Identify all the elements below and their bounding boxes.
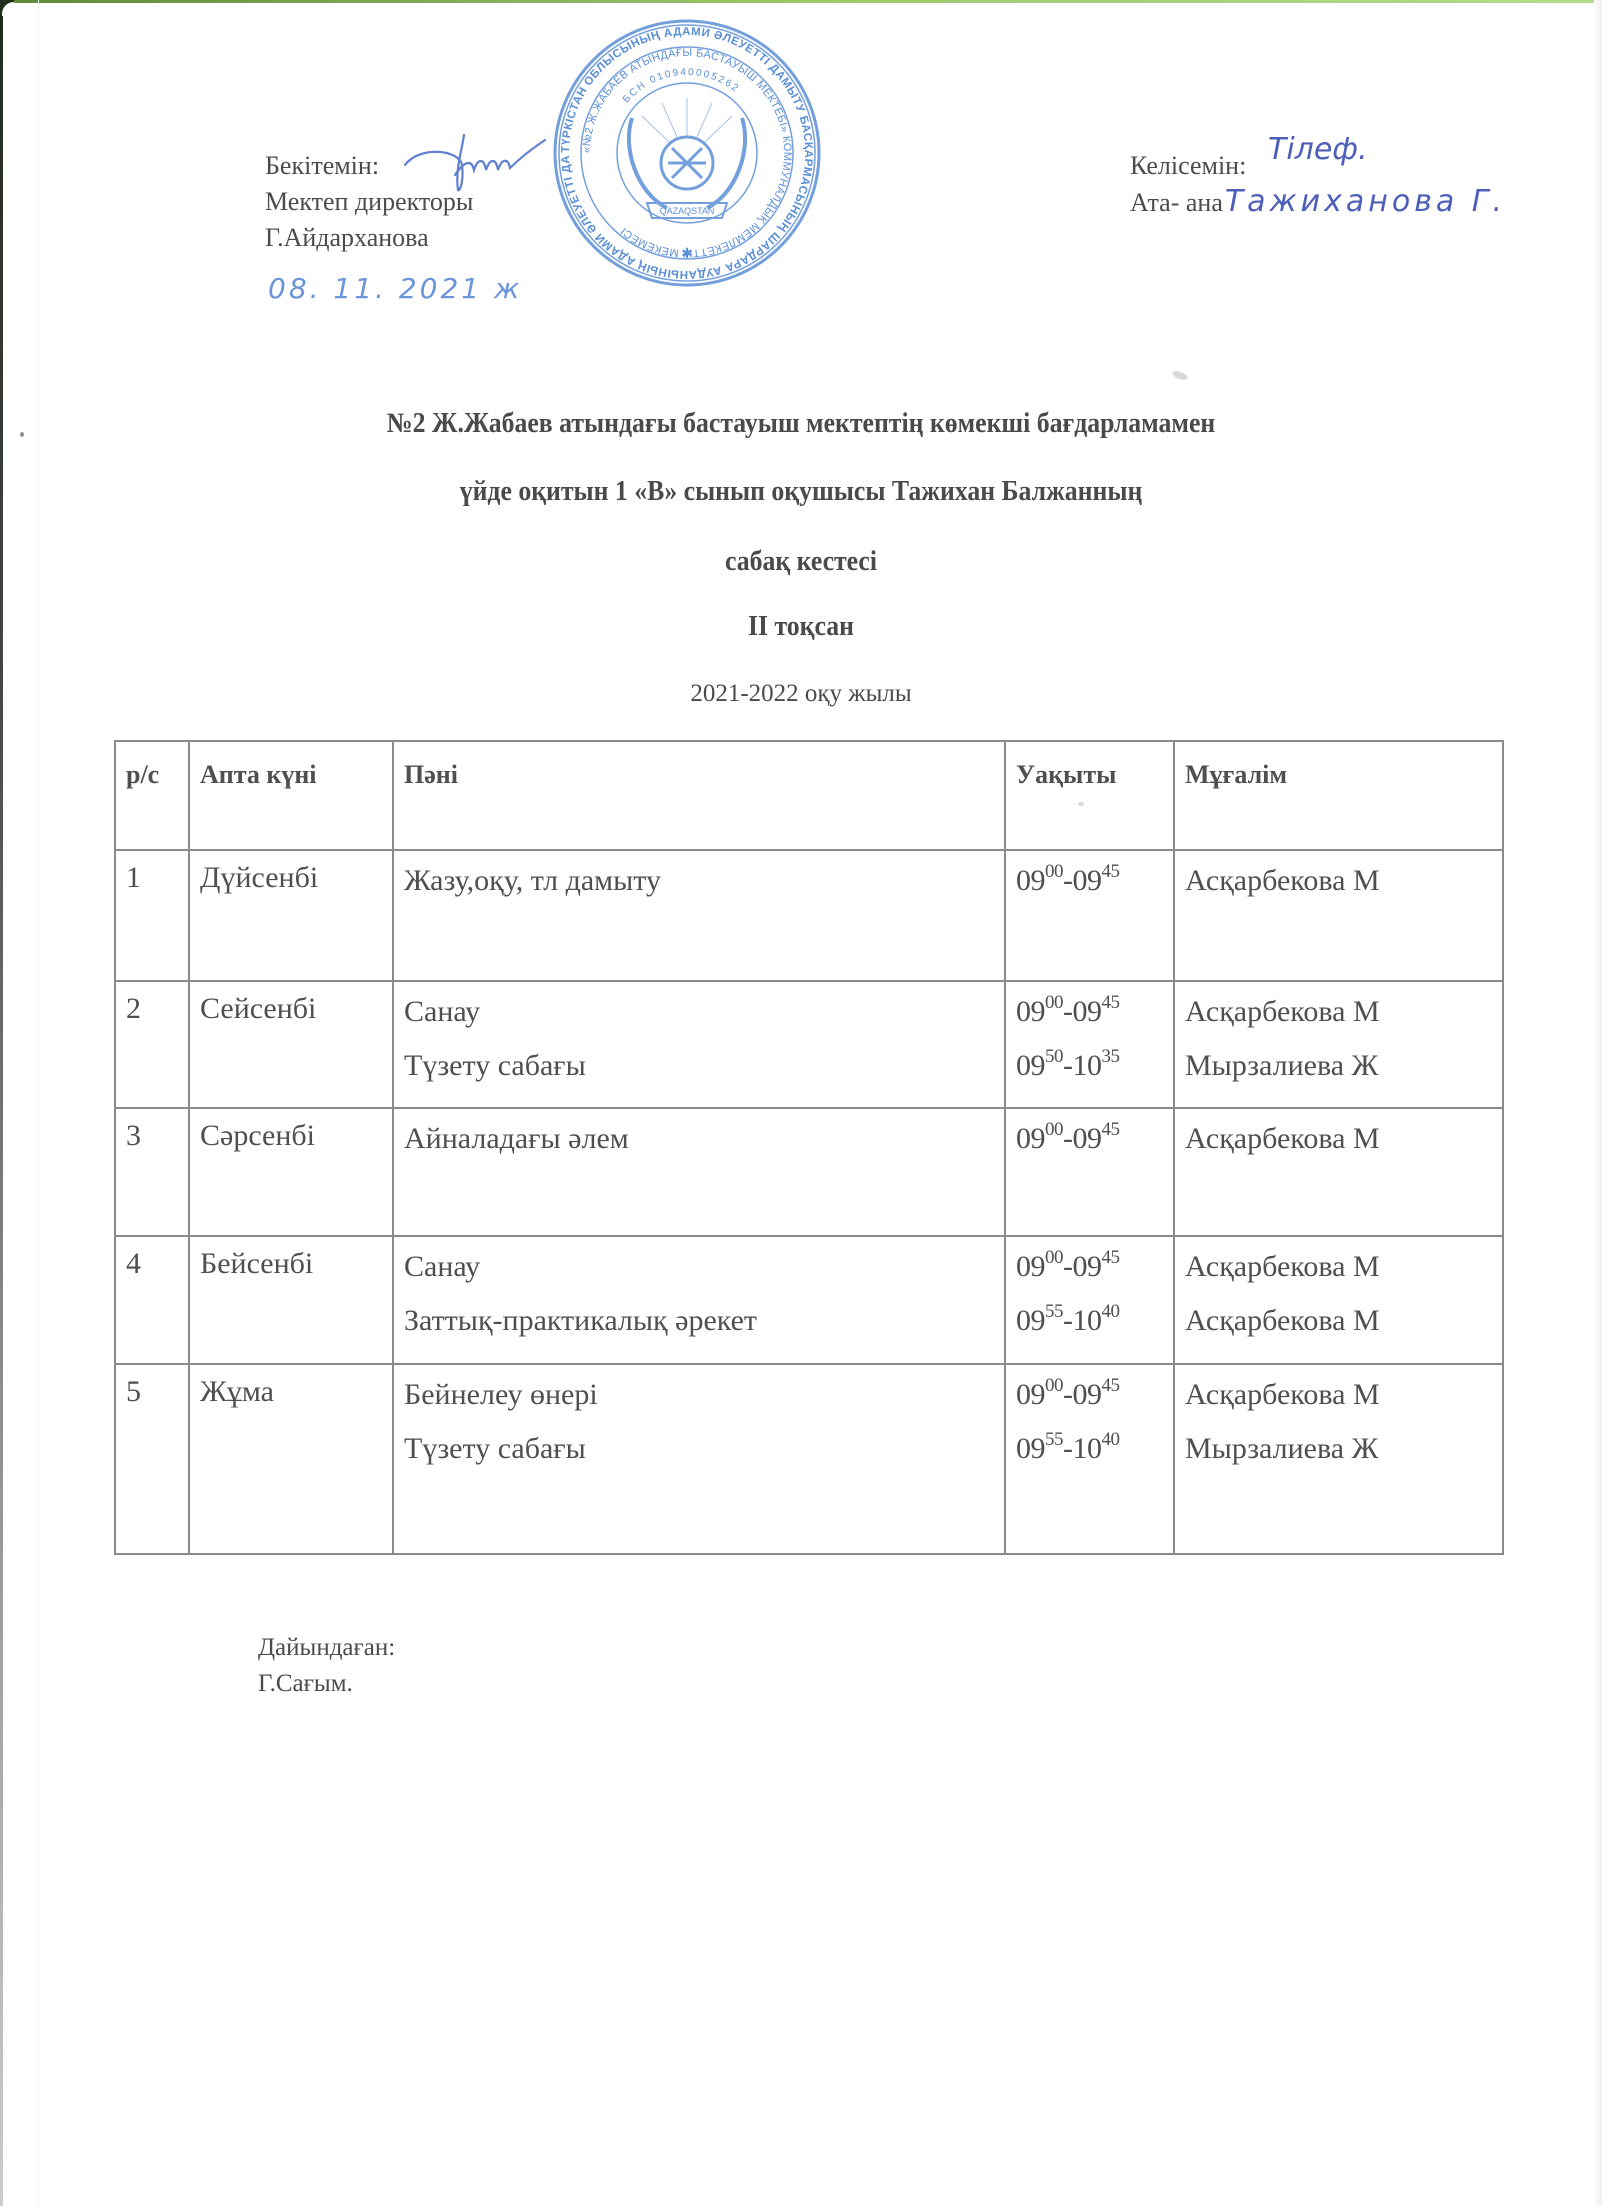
cell-subject: СанауТүзету сабағы [393, 981, 1005, 1108]
teacher-name: Асқарбекова М [1185, 1247, 1494, 1301]
subject-name: Жазу,оқу, тл дамыту [404, 861, 996, 915]
time-separator: - [1063, 1250, 1073, 1283]
subject-name: Бейнелеу өнері [404, 1375, 996, 1429]
cell-weekday: Дүйсенбі [189, 850, 393, 981]
stamp-inner-text: «№2 Ж.ЖАБАЕВ АТЫНДАҒЫ БАСТАУЫШ МЕКТЕБІ» … [581, 47, 793, 259]
time-end-h: 09 [1073, 1378, 1102, 1411]
subject-name: Заттық-практикалық әрекет [404, 1301, 996, 1355]
approval-date-handwritten: 08. 11. 2021 ж [268, 272, 522, 305]
time-start-h: 09 [1016, 864, 1045, 897]
time-end-m: 40 [1102, 1429, 1120, 1450]
time-separator: - [1063, 1049, 1073, 1082]
table-header-row: р/с Апта күні Пәні Уақыты Мұғалім [115, 741, 1503, 850]
director-signature-icon [400, 130, 550, 210]
svg-text:✱: ✱ [681, 247, 693, 262]
time-end-m: 45 [1102, 1247, 1120, 1268]
cell-number: 5 [115, 1364, 189, 1554]
parent-label: Ата- ана [1130, 188, 1223, 217]
header-teacher: Мұғалім [1174, 741, 1503, 850]
scan-edge-right [1594, 0, 1602, 2206]
quarter-label: ІІ тоқсан [64, 611, 1538, 643]
prepared-by-name: Г.Сағым. [258, 1666, 395, 1702]
lesson-time: 0900-0945 [1016, 1375, 1165, 1429]
time-start-m: 55 [1045, 1429, 1063, 1450]
table-row: 3СәрсенбіАйналадағы әлем0900-0945Асқарбе… [115, 1108, 1503, 1236]
time-end-h: 09 [1073, 995, 1102, 1028]
cell-number: 4 [115, 1236, 189, 1364]
agreement-label: Келісемін: [1130, 151, 1246, 180]
approval-name: Г.Айдарханова [265, 220, 473, 256]
time-end-m: 45 [1102, 992, 1120, 1013]
cell-teacher: Асқарбекова М [1174, 850, 1503, 981]
lesson-time: 0955-1040 [1016, 1429, 1165, 1483]
table-row: 1ДүйсенбіЖазу,оқу, тл дамыту0900-0945Асқ… [115, 850, 1503, 981]
cell-weekday: Сәрсенбі [189, 1108, 393, 1236]
table-row: 2СейсенбіСанауТүзету сабағы0900-09450950… [115, 981, 1503, 1108]
cell-number: 3 [115, 1108, 189, 1236]
cell-teacher: Асқарбекова ММырзалиева Ж [1174, 1364, 1503, 1554]
time-separator: - [1063, 1304, 1073, 1337]
time-end-h: 09 [1073, 1250, 1102, 1283]
time-end-m: 45 [1102, 861, 1120, 882]
table-row: 5ЖұмаБейнелеу өнеріТүзету сабағы0900-094… [115, 1364, 1503, 1554]
subject-name: Түзету сабағы [404, 1429, 996, 1483]
time-end-h: 09 [1073, 1122, 1102, 1155]
page-fold-line [38, 0, 39, 2206]
stamp-bin: БСН 010940005262 [621, 67, 742, 105]
cell-time: 0900-09450950-1035 [1005, 981, 1174, 1108]
time-separator: - [1063, 1122, 1073, 1155]
teacher-name: Асқарбекова М [1185, 1301, 1494, 1355]
time-end-m: 40 [1102, 1301, 1120, 1322]
cell-teacher: Асқарбекова МАсқарбекова М [1174, 1236, 1503, 1364]
document-title: сабақ кестесі [64, 546, 1538, 578]
header-subject: Пәні [393, 741, 1005, 850]
cell-number: 1 [115, 850, 189, 981]
header-time: Уақыты [1005, 741, 1174, 850]
time-start-m: 00 [1045, 1375, 1063, 1396]
scan-edge [0, 0, 3, 2206]
official-stamp-icon: ТҮРКІСТАН ОБЛЫСЫНЫҢ АДАМИ ӘЛЕУЕТТІ ДАМЫТ… [552, 18, 822, 288]
header-weekday: Апта күні [189, 741, 393, 850]
svg-text:«№2 Ж.ЖАБАЕВ АТЫНДАҒЫ БАСТАУЫШ: «№2 Ж.ЖАБАЕВ АТЫНДАҒЫ БАСТАУЫШ МЕКТЕБІ» … [581, 47, 793, 259]
lesson-time: 0900-0945 [1016, 1247, 1165, 1301]
cell-time: 0900-09450955-1040 [1005, 1236, 1174, 1364]
title-line-1: №2 Ж.Жабаев атындағы бастауыш мектептің … [64, 408, 1538, 440]
lesson-time: 0950-1035 [1016, 1046, 1165, 1100]
teacher-name: Мырзалиева Ж [1185, 1046, 1494, 1100]
time-start-m: 00 [1045, 992, 1063, 1013]
time-start-m: 00 [1045, 1119, 1063, 1140]
time-separator: - [1063, 995, 1073, 1028]
time-end-m: 45 [1102, 1119, 1120, 1140]
prepared-by-block: Дайындаған: Г.Сағым. [258, 1630, 395, 1702]
stamp-emblem-caption: QAZAQSTAN [660, 206, 715, 216]
cell-number: 2 [115, 981, 189, 1108]
time-start-h: 09 [1016, 1250, 1045, 1283]
time-separator: - [1063, 1378, 1073, 1411]
time-start-h: 09 [1016, 1432, 1045, 1465]
lesson-time: 0955-1040 [1016, 1301, 1165, 1355]
cell-subject: СанауЗаттық-практикалық әрекет [393, 1236, 1005, 1364]
time-end-h: 10 [1073, 1049, 1102, 1082]
cell-subject: Айналадағы әлем [393, 1108, 1005, 1236]
cell-teacher: Асқарбекова ММырзалиева Ж [1174, 981, 1503, 1108]
time-start-h: 09 [1016, 1122, 1045, 1155]
time-separator: - [1063, 864, 1073, 897]
cell-weekday: Сейсенбі [189, 981, 393, 1108]
scan-corner [0, 0, 14, 14]
teacher-name: Асқарбекова М [1185, 1119, 1494, 1173]
svg-text:БСН 010940005262: БСН 010940005262 [621, 67, 742, 105]
subject-name: Айналадағы әлем [404, 1119, 996, 1173]
cell-time: 0900-0945 [1005, 850, 1174, 981]
time-end-h: 09 [1073, 864, 1102, 897]
parent-signature: Тілеф. [1268, 132, 1367, 167]
cell-weekday: Жұма [189, 1364, 393, 1554]
teacher-name: Асқарбекова М [1185, 1375, 1494, 1429]
scan-edge-top [14, 0, 1594, 3]
time-start-h: 09 [1016, 995, 1045, 1028]
cell-subject: Жазу,оқу, тл дамыту [393, 850, 1005, 981]
time-start-m: 50 [1045, 1046, 1063, 1067]
parent-name-handwritten: Тажиханова Г. [1225, 184, 1506, 219]
time-end-h: 10 [1073, 1432, 1102, 1465]
cell-teacher: Асқарбекова М [1174, 1108, 1503, 1236]
time-start-h: 09 [1016, 1304, 1045, 1337]
prepared-label: Дайындаған: [258, 1630, 395, 1666]
schedule-table: р/с Апта күні Пәні Уақыты Мұғалім 1Дүйсе… [114, 740, 1504, 1555]
title-line-2: үйде оқитын 1 «В» сынып оқушысы Тажихан … [64, 476, 1538, 508]
smudge-mark [20, 432, 24, 437]
time-start-m: 55 [1045, 1301, 1063, 1322]
lesson-time: 0900-0945 [1016, 1119, 1165, 1173]
teacher-name: Асқарбекова М [1185, 992, 1494, 1046]
time-end-m: 45 [1102, 1375, 1120, 1396]
lesson-time: 0900-0945 [1016, 992, 1165, 1046]
lesson-time: 0900-0945 [1016, 861, 1165, 915]
header-number: р/с [115, 741, 189, 850]
time-end-m: 35 [1102, 1046, 1120, 1067]
subject-name: Түзету сабағы [404, 1046, 996, 1100]
smudge-mark [1171, 369, 1188, 381]
time-start-h: 09 [1016, 1378, 1045, 1411]
teacher-name: Мырзалиева Ж [1185, 1429, 1494, 1483]
subject-name: Санау [404, 992, 996, 1046]
time-start-m: 00 [1045, 1247, 1063, 1268]
cell-time: 0900-09450955-1040 [1005, 1364, 1174, 1554]
academic-year: 2021-2022 оқу жылы [0, 680, 1602, 708]
time-start-m: 00 [1045, 861, 1063, 882]
time-end-h: 10 [1073, 1304, 1102, 1337]
time-start-h: 09 [1016, 1049, 1045, 1082]
cell-subject: Бейнелеу өнеріТүзету сабағы [393, 1364, 1005, 1554]
subject-name: Санау [404, 1247, 996, 1301]
table-row: 4БейсенбіСанауЗаттық-практикалық әрекет0… [115, 1236, 1503, 1364]
time-separator: - [1063, 1432, 1073, 1465]
cell-weekday: Бейсенбі [189, 1236, 393, 1364]
teacher-name: Асқарбекова М [1185, 861, 1494, 915]
cell-time: 0900-0945 [1005, 1108, 1174, 1236]
